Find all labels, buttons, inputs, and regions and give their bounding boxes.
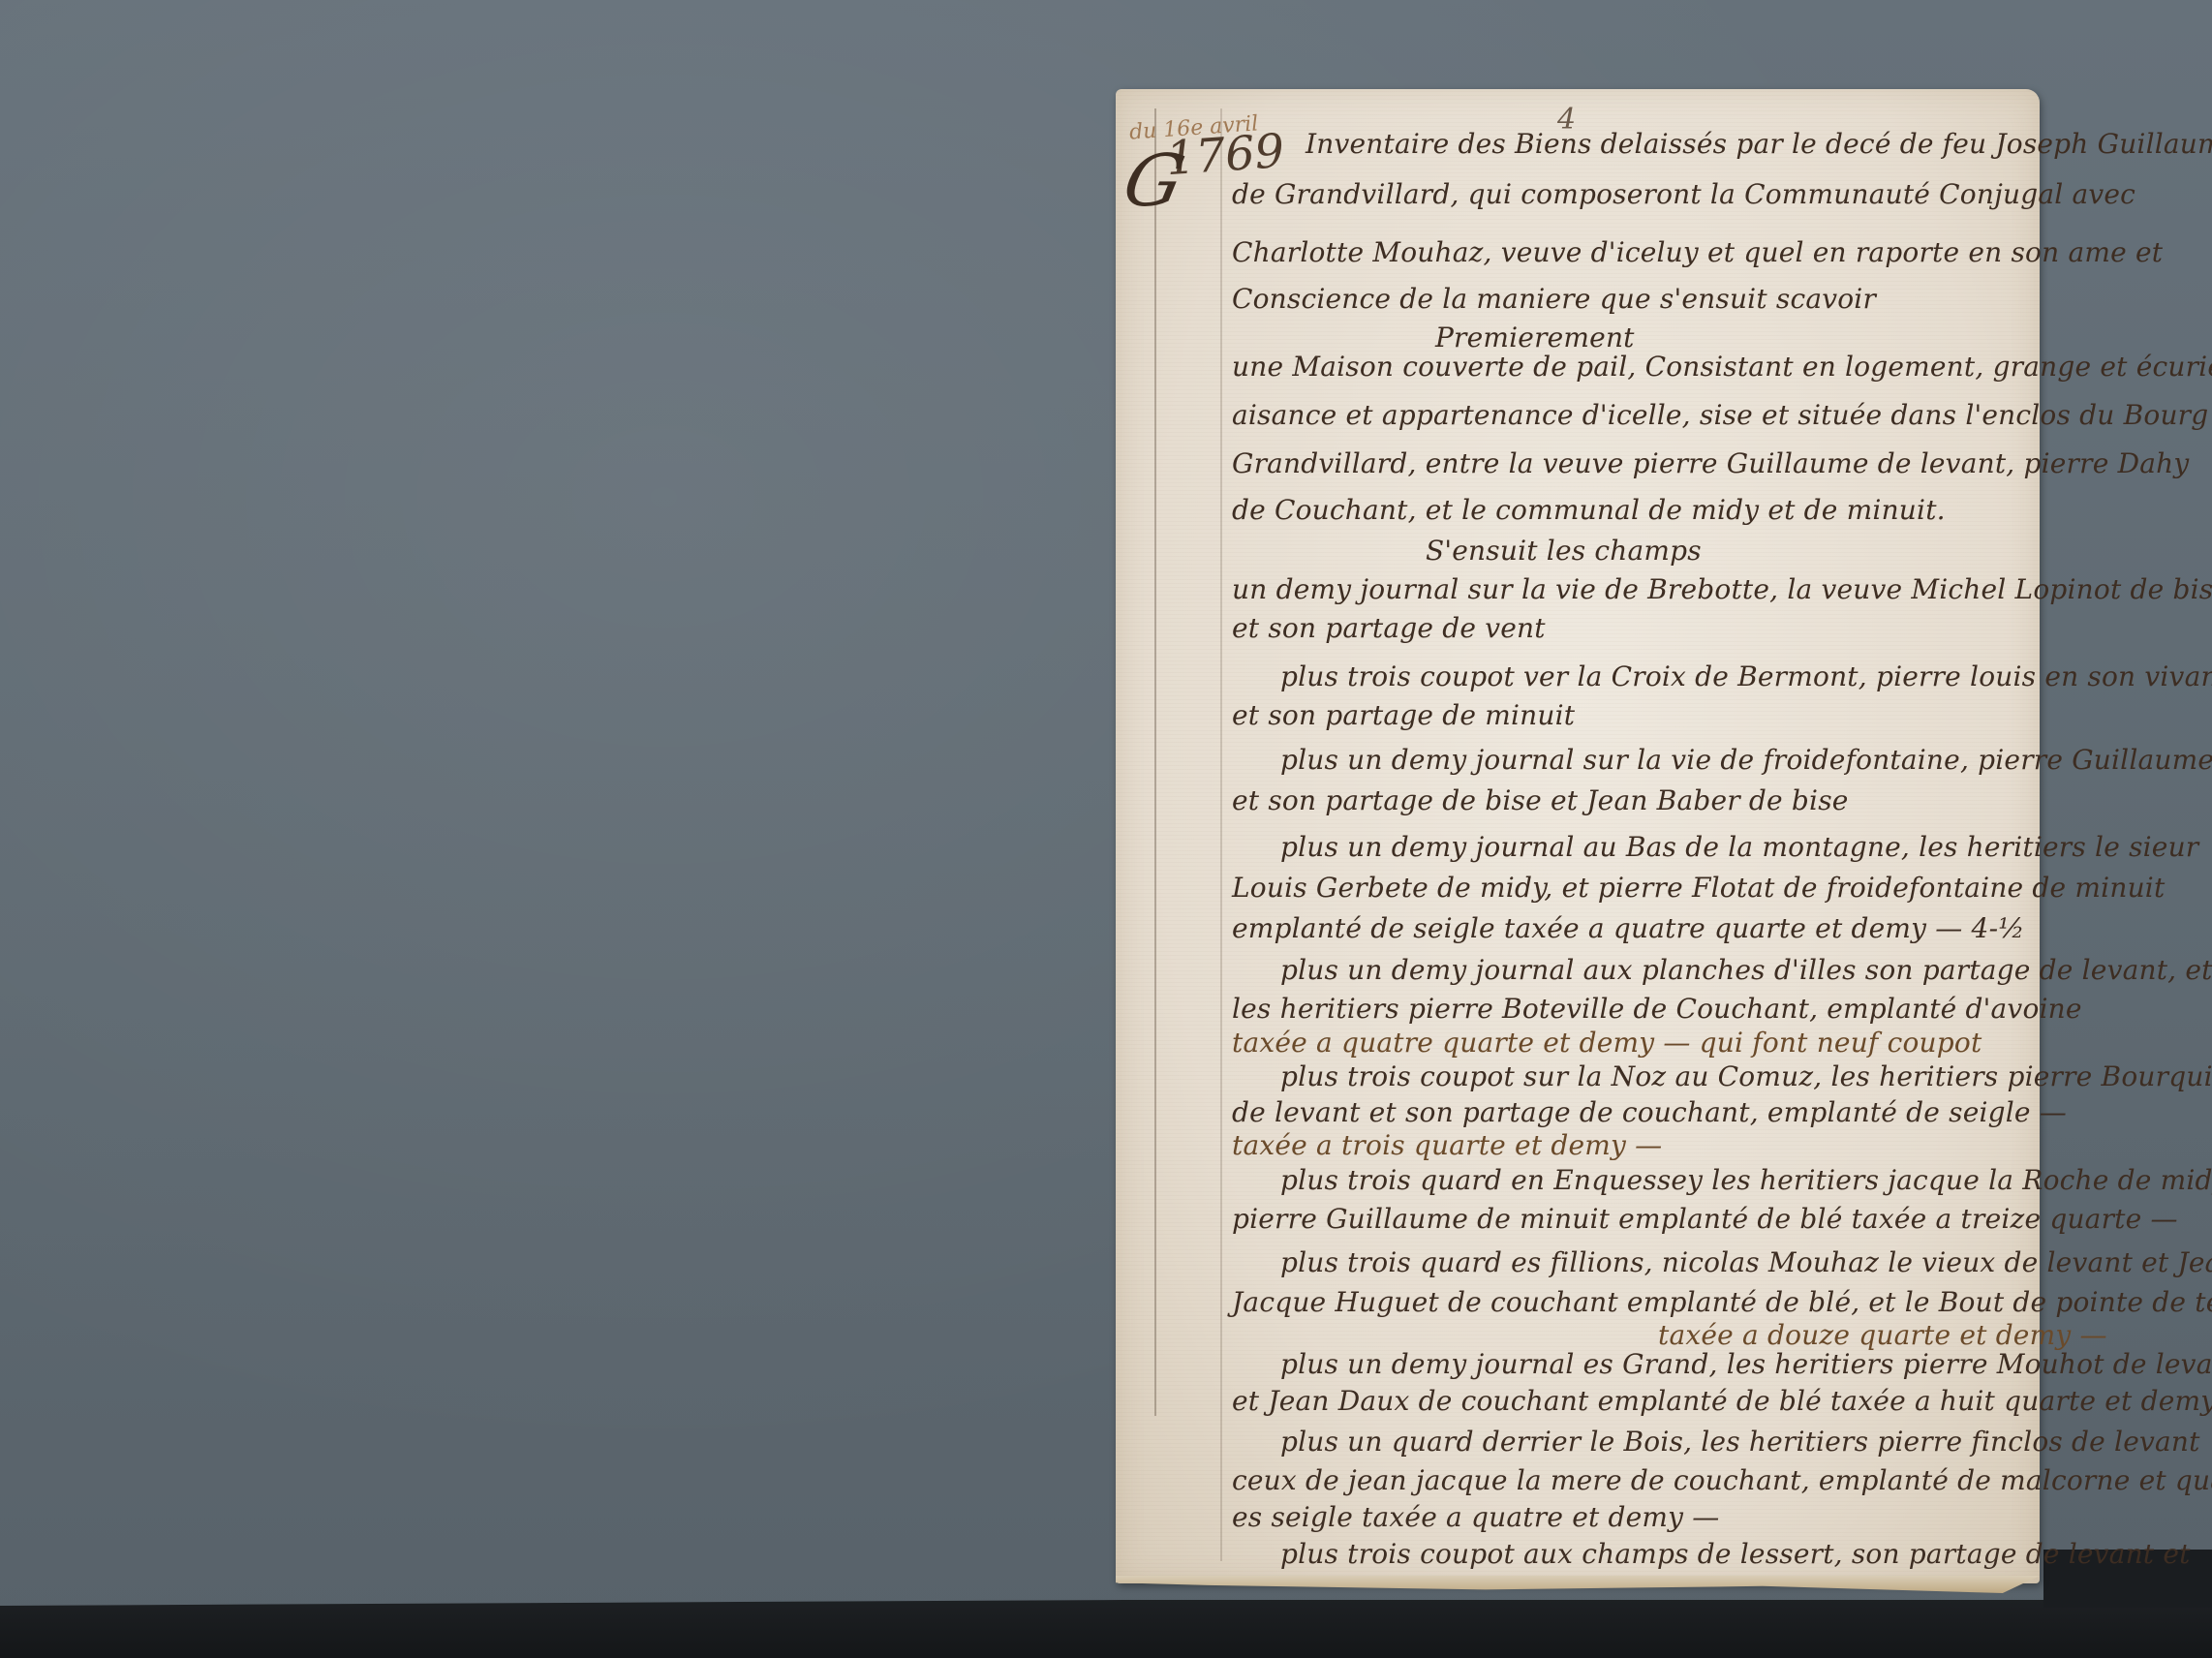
text-line: Louis Gerbete de midy, et pierre Flotat … [1232,872,2165,904]
text-line: et son partage de vent [1232,612,1546,644]
text-line: plus un quard derrier le Bois, les herit… [1280,1426,2200,1458]
margin-rule-right [1220,108,1222,1561]
margin-rule-left [1154,108,1156,1416]
manuscript-page: du 16e avril 1769 G 4 Inventaire des Bie… [1116,89,2040,1583]
text-line: plus trois quard en Enquessey les heriti… [1280,1164,2212,1196]
text-line: de Couchant, et le communal de midy et d… [1232,494,1946,526]
text-line: aisance et appartenance d'icelle, sise e… [1232,399,2212,431]
text-line: et son partage de bise et Jean Baber de … [1232,784,1849,816]
text-line: taxée a trois quarte et demy — [1232,1129,1662,1161]
text-line: es seigle taxée a quatre et demy — [1232,1501,1720,1533]
text-line: et Jean Daux de couchant emplanté de blé… [1232,1385,2212,1417]
text-line: Inventaire des Biens delaissés par le de… [1306,128,2212,160]
text-line: plus un demy journal aux planches d'ille… [1280,954,2212,986]
text-line: Grandvillard, entre la veuve pierre Guil… [1232,447,2189,479]
text-line: Jacque Huguet de couchant emplanté de bl… [1232,1286,2212,1318]
text-line: plus un demy journal sur la vie de froid… [1280,744,2212,776]
text-line: plus trois coupot ver la Croix de Bermon… [1280,660,2212,692]
text-line: plus trois coupot aux champs de lessert,… [1280,1538,2191,1570]
text-line: taxée a douze quarte et demy — [1658,1319,2107,1351]
text-line: taxée a quatre quarte et demy — qui font… [1232,1027,1982,1059]
text-line: ceux de jean jacque la mere de couchant,… [1232,1464,2212,1496]
text-line: Conscience de la maniere que s'ensuit sc… [1232,283,1876,315]
text-line: plus un demy journal es Grand, les herit… [1280,1348,2212,1380]
text-line: un demy journal sur la vie de Brebotte, … [1232,573,2212,605]
dark-shelf-edge [0,1600,2212,1658]
margin-initial-mark: G [1117,139,1191,223]
text-line: plus trois quard es fillions, nicolas Mo… [1280,1246,2212,1278]
section-heading: S'ensuit les champs [1426,535,1702,567]
text-line: une Maison couverte de pail, Consistant … [1232,351,2212,383]
text-line: plus un demy journal au Bas de la montag… [1280,831,2198,863]
text-line: les heritiers pierre Boteville de Coucha… [1232,993,2082,1025]
section-heading: Premierement [1435,322,1635,353]
text-line: emplanté de seigle taxée a quatre quarte… [1232,912,2025,944]
text-line: et son partage de minuit [1232,699,1575,731]
text-line: plus trois coupot sur la Noz au Comuz, l… [1280,1060,2212,1092]
text-line: de levant et son partage de couchant, em… [1232,1096,2067,1128]
text-line: de Grandvillard, qui composeront la Comm… [1232,178,2135,210]
text-line: pierre Guillaume de minuit emplanté de b… [1232,1203,2178,1235]
text-line: Charlotte Mouhaz, veuve d'iceluy et quel… [1232,236,2163,268]
